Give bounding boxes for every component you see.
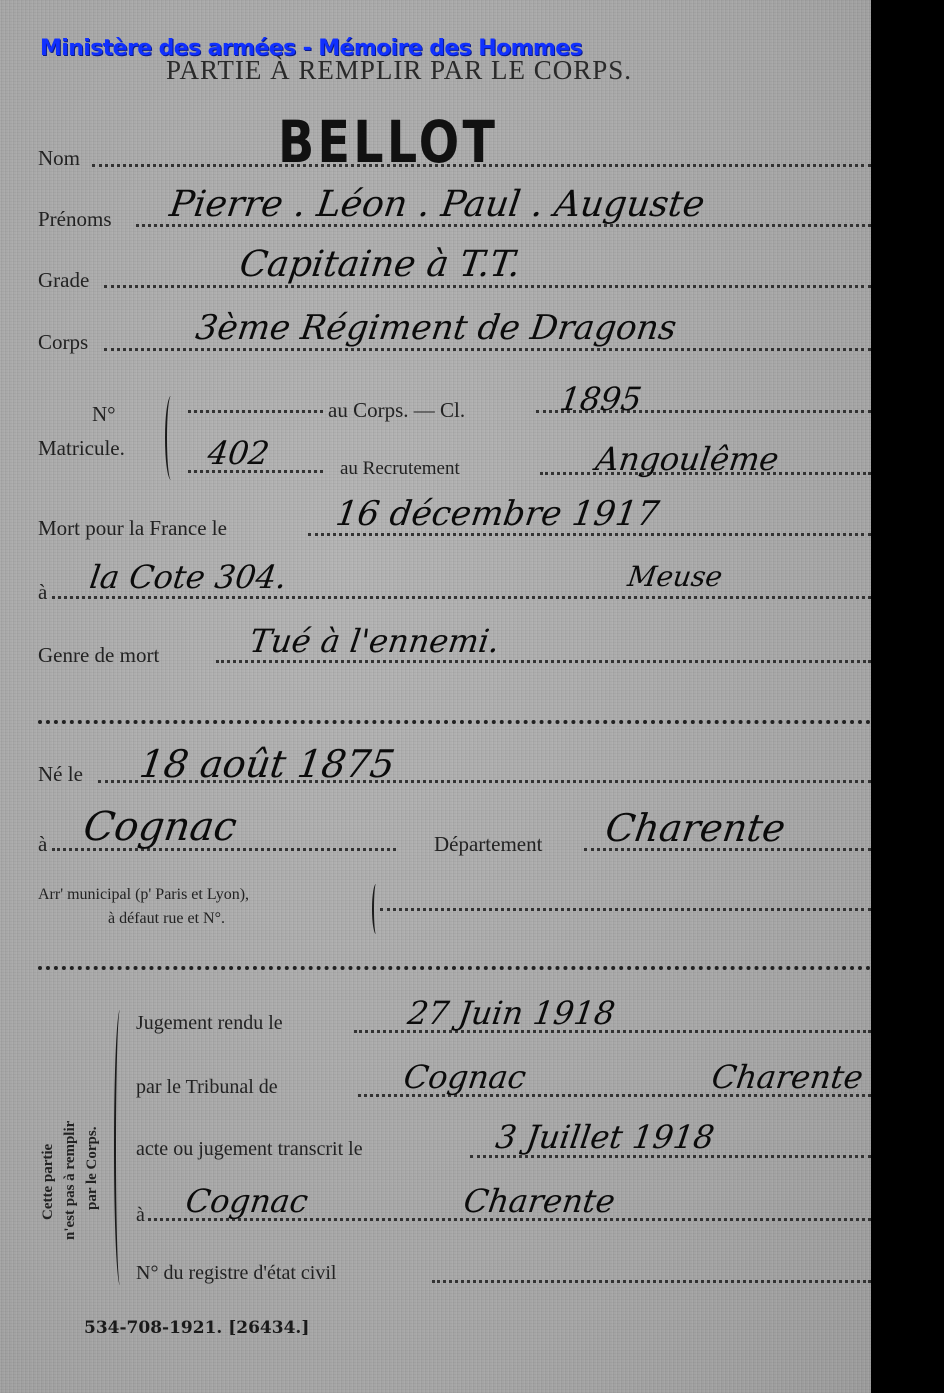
arr-municipal-line bbox=[380, 908, 871, 911]
transcrit-label: acte ou jugement transcrit le bbox=[136, 1138, 363, 1161]
transcrit-lieu-label: à bbox=[136, 1204, 145, 1227]
matricule-brace bbox=[165, 396, 177, 480]
genre-mort-label: Genre de mort bbox=[38, 643, 159, 668]
grade-label: Grade bbox=[38, 268, 89, 293]
mort-departement-value: Meuse bbox=[626, 560, 725, 593]
judgment-brace bbox=[114, 1010, 126, 1285]
ne-lieu-value: Cognac bbox=[81, 804, 240, 850]
print-code: 534-708-1921. [26434.] bbox=[84, 1318, 309, 1338]
transcrit-value: 3 Juillet 1918 bbox=[493, 1118, 716, 1156]
au-recrutement-label: au Recrutement bbox=[340, 458, 460, 480]
ne-departement-value: Charente bbox=[603, 806, 788, 850]
tribunal-label: par le Tribunal de bbox=[136, 1076, 278, 1099]
side-note-line-2: n'est pas à remplir bbox=[62, 1121, 79, 1240]
mort-value: 16 décembre 1917 bbox=[333, 494, 661, 534]
matricule-label: Matricule. bbox=[38, 436, 125, 461]
section-divider-1 bbox=[38, 720, 871, 724]
arr-brace bbox=[372, 884, 380, 934]
side-note: Cette partie n'est pas à remplir par le … bbox=[36, 1050, 116, 1250]
jugement-value: 27 Juin 1918 bbox=[405, 994, 617, 1032]
death-record-card: Ministère des armées - Mémoire des Homme… bbox=[0, 0, 871, 1393]
mort-lieu-line bbox=[52, 596, 871, 599]
recrutement-number-value: 402 bbox=[205, 434, 271, 472]
section-divider-2 bbox=[38, 966, 871, 970]
mort-lieu-value: la Cote 304. bbox=[87, 558, 289, 596]
matricule-no-label: N° bbox=[92, 402, 116, 427]
corps-line bbox=[104, 348, 871, 351]
transcrit-dept-value: Charente bbox=[461, 1182, 617, 1220]
corps-label: Corps bbox=[38, 330, 88, 355]
side-note-line-3: par le Corps. bbox=[84, 1127, 101, 1210]
genre-mort-value: Tué à l'ennemi. bbox=[247, 622, 502, 660]
scan-margin bbox=[871, 0, 944, 1393]
mort-lieu-label: à bbox=[38, 580, 47, 605]
classe-value: 1895 bbox=[557, 380, 644, 418]
recrutement-value: Angoulême bbox=[593, 440, 781, 478]
arr-municipal-sublabel: à défaut rue et N°. bbox=[108, 910, 225, 928]
ne-le-value: 18 août 1875 bbox=[137, 742, 398, 786]
au-corps-label: au Corps. — Cl. bbox=[328, 398, 465, 423]
registre-line bbox=[432, 1280, 871, 1283]
nom-line bbox=[92, 164, 871, 167]
side-note-line-1: Cette partie bbox=[40, 1144, 57, 1220]
jugement-label: Jugement rendu le bbox=[136, 1012, 283, 1035]
nom-label: Nom bbox=[38, 146, 80, 171]
corps-value: 3ème Régiment de Dragons bbox=[193, 308, 679, 348]
grade-value: Capitaine à T.T. bbox=[237, 244, 523, 285]
grade-line bbox=[104, 285, 871, 288]
ne-le-label: Né le bbox=[38, 762, 83, 787]
genre-mort-line bbox=[216, 660, 871, 663]
tribunal-dept-value: Charente bbox=[709, 1058, 865, 1096]
prenoms-label: Prénoms bbox=[38, 207, 112, 232]
watermark: Ministère des armées - Mémoire des Homme… bbox=[40, 36, 582, 61]
prenoms-value: Pierre . Léon . Paul . Auguste bbox=[167, 184, 707, 225]
arr-municipal-label: Arr' municipal (p' Paris et Lyon), bbox=[38, 886, 249, 904]
transcrit-lieu-value: Cognac bbox=[183, 1182, 310, 1220]
ne-lieu-label: à bbox=[38, 832, 47, 857]
registre-label: N° du registre d'état civil bbox=[136, 1262, 336, 1285]
au-corps-line bbox=[188, 410, 323, 413]
ne-departement-label: Département bbox=[434, 832, 542, 857]
tribunal-value: Cognac bbox=[401, 1058, 528, 1096]
mort-label: Mort pour la France le bbox=[38, 516, 227, 541]
